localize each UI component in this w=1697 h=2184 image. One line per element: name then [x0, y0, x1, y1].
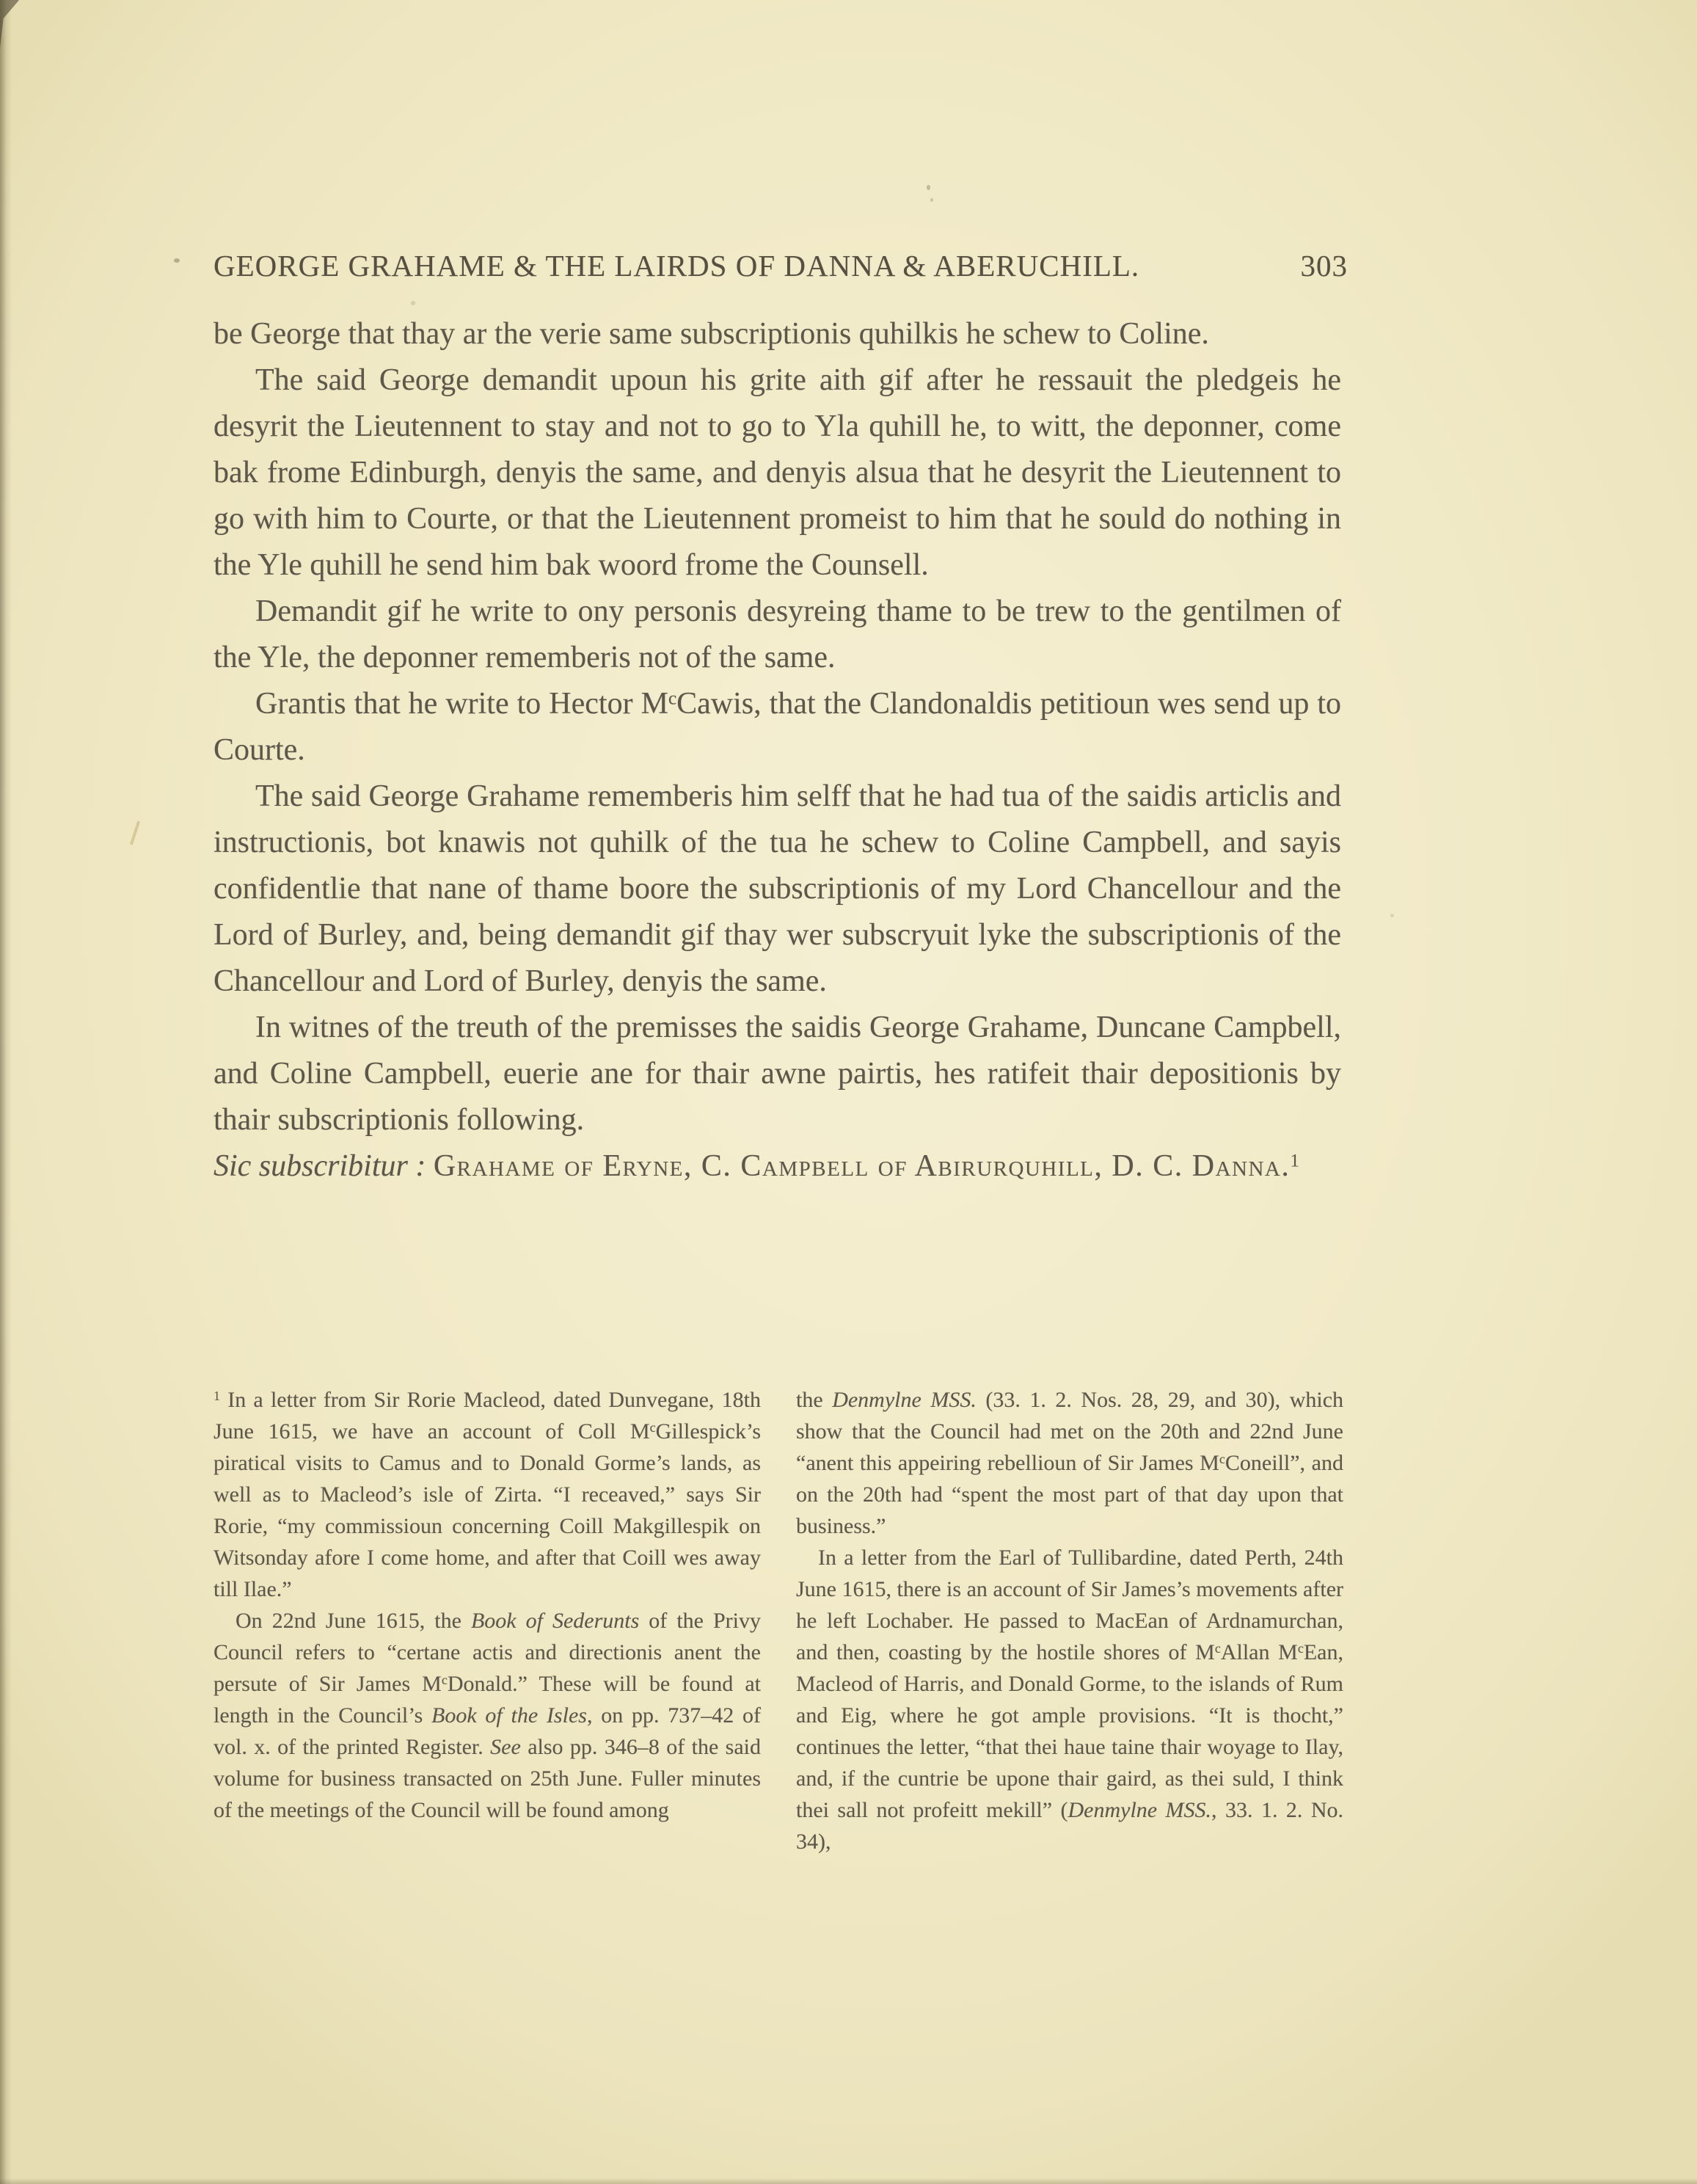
paragraph-rememberis: The said George Grahame rememberis him s… [214, 773, 1341, 1005]
footnote-1-part-3: the Denmylne MSS. (33. 1. 2. Nos. 28, 29… [796, 1384, 1343, 1542]
paper-speck [411, 301, 415, 305]
page-number: 303 [1301, 248, 1349, 283]
signature-line: Sic subscribitur : Grahame of Eryne, C. … [214, 1143, 1341, 1190]
footnote-column-left: 1 In a letter from Sir Rorie Macleod, da… [214, 1384, 761, 1857]
paper-speck [927, 185, 930, 190]
paragraph-witnes: In witnes of the treuth of the premisses… [214, 1005, 1341, 1143]
footnote-1-part-2: On 22nd June 1615, the Book of Sederunts… [214, 1605, 761, 1826]
scan-edge-shadow-left [0, 0, 12, 2184]
paragraph-demandit-write: Demandit gif he write to ony personis de… [214, 589, 1341, 681]
footnote-column-right: the Denmylne MSS. (33. 1. 2. Nos. 28, 29… [796, 1384, 1343, 1857]
running-head: GEORGE GRAHAME & THE LAIRDS OF DANNA & A… [214, 248, 1348, 283]
paragraph-grantis: Grantis that he write to Hector McCawis,… [214, 681, 1341, 773]
footnote-1-part-4: In a letter from the Earl of Tullibardin… [796, 1542, 1343, 1857]
scan-edge-shadow-bottom [0, 2178, 1697, 2184]
paper-speck [1390, 914, 1394, 917]
paper-speck [930, 198, 933, 202]
pencil-mark [130, 820, 140, 845]
footnotes: 1 In a letter from Sir Rorie Macleod, da… [214, 1384, 1343, 1857]
footnote-1-part-1: 1 In a letter from Sir Rorie Macleod, da… [214, 1384, 761, 1605]
running-head-title: GEORGE GRAHAME & THE LAIRDS OF DANNA & A… [214, 248, 1139, 283]
deposition-text: be George that thay ar the verie same su… [214, 311, 1341, 1190]
ink-mark [174, 258, 180, 263]
paragraph-demandit-lieutennent: The said George demandit upoun his grite… [214, 357, 1341, 589]
paragraph-continuation: be George that thay ar the verie same su… [214, 311, 1341, 357]
book-page-scan: GEORGE GRAHAME & THE LAIRDS OF DANNA & A… [0, 0, 1697, 2184]
